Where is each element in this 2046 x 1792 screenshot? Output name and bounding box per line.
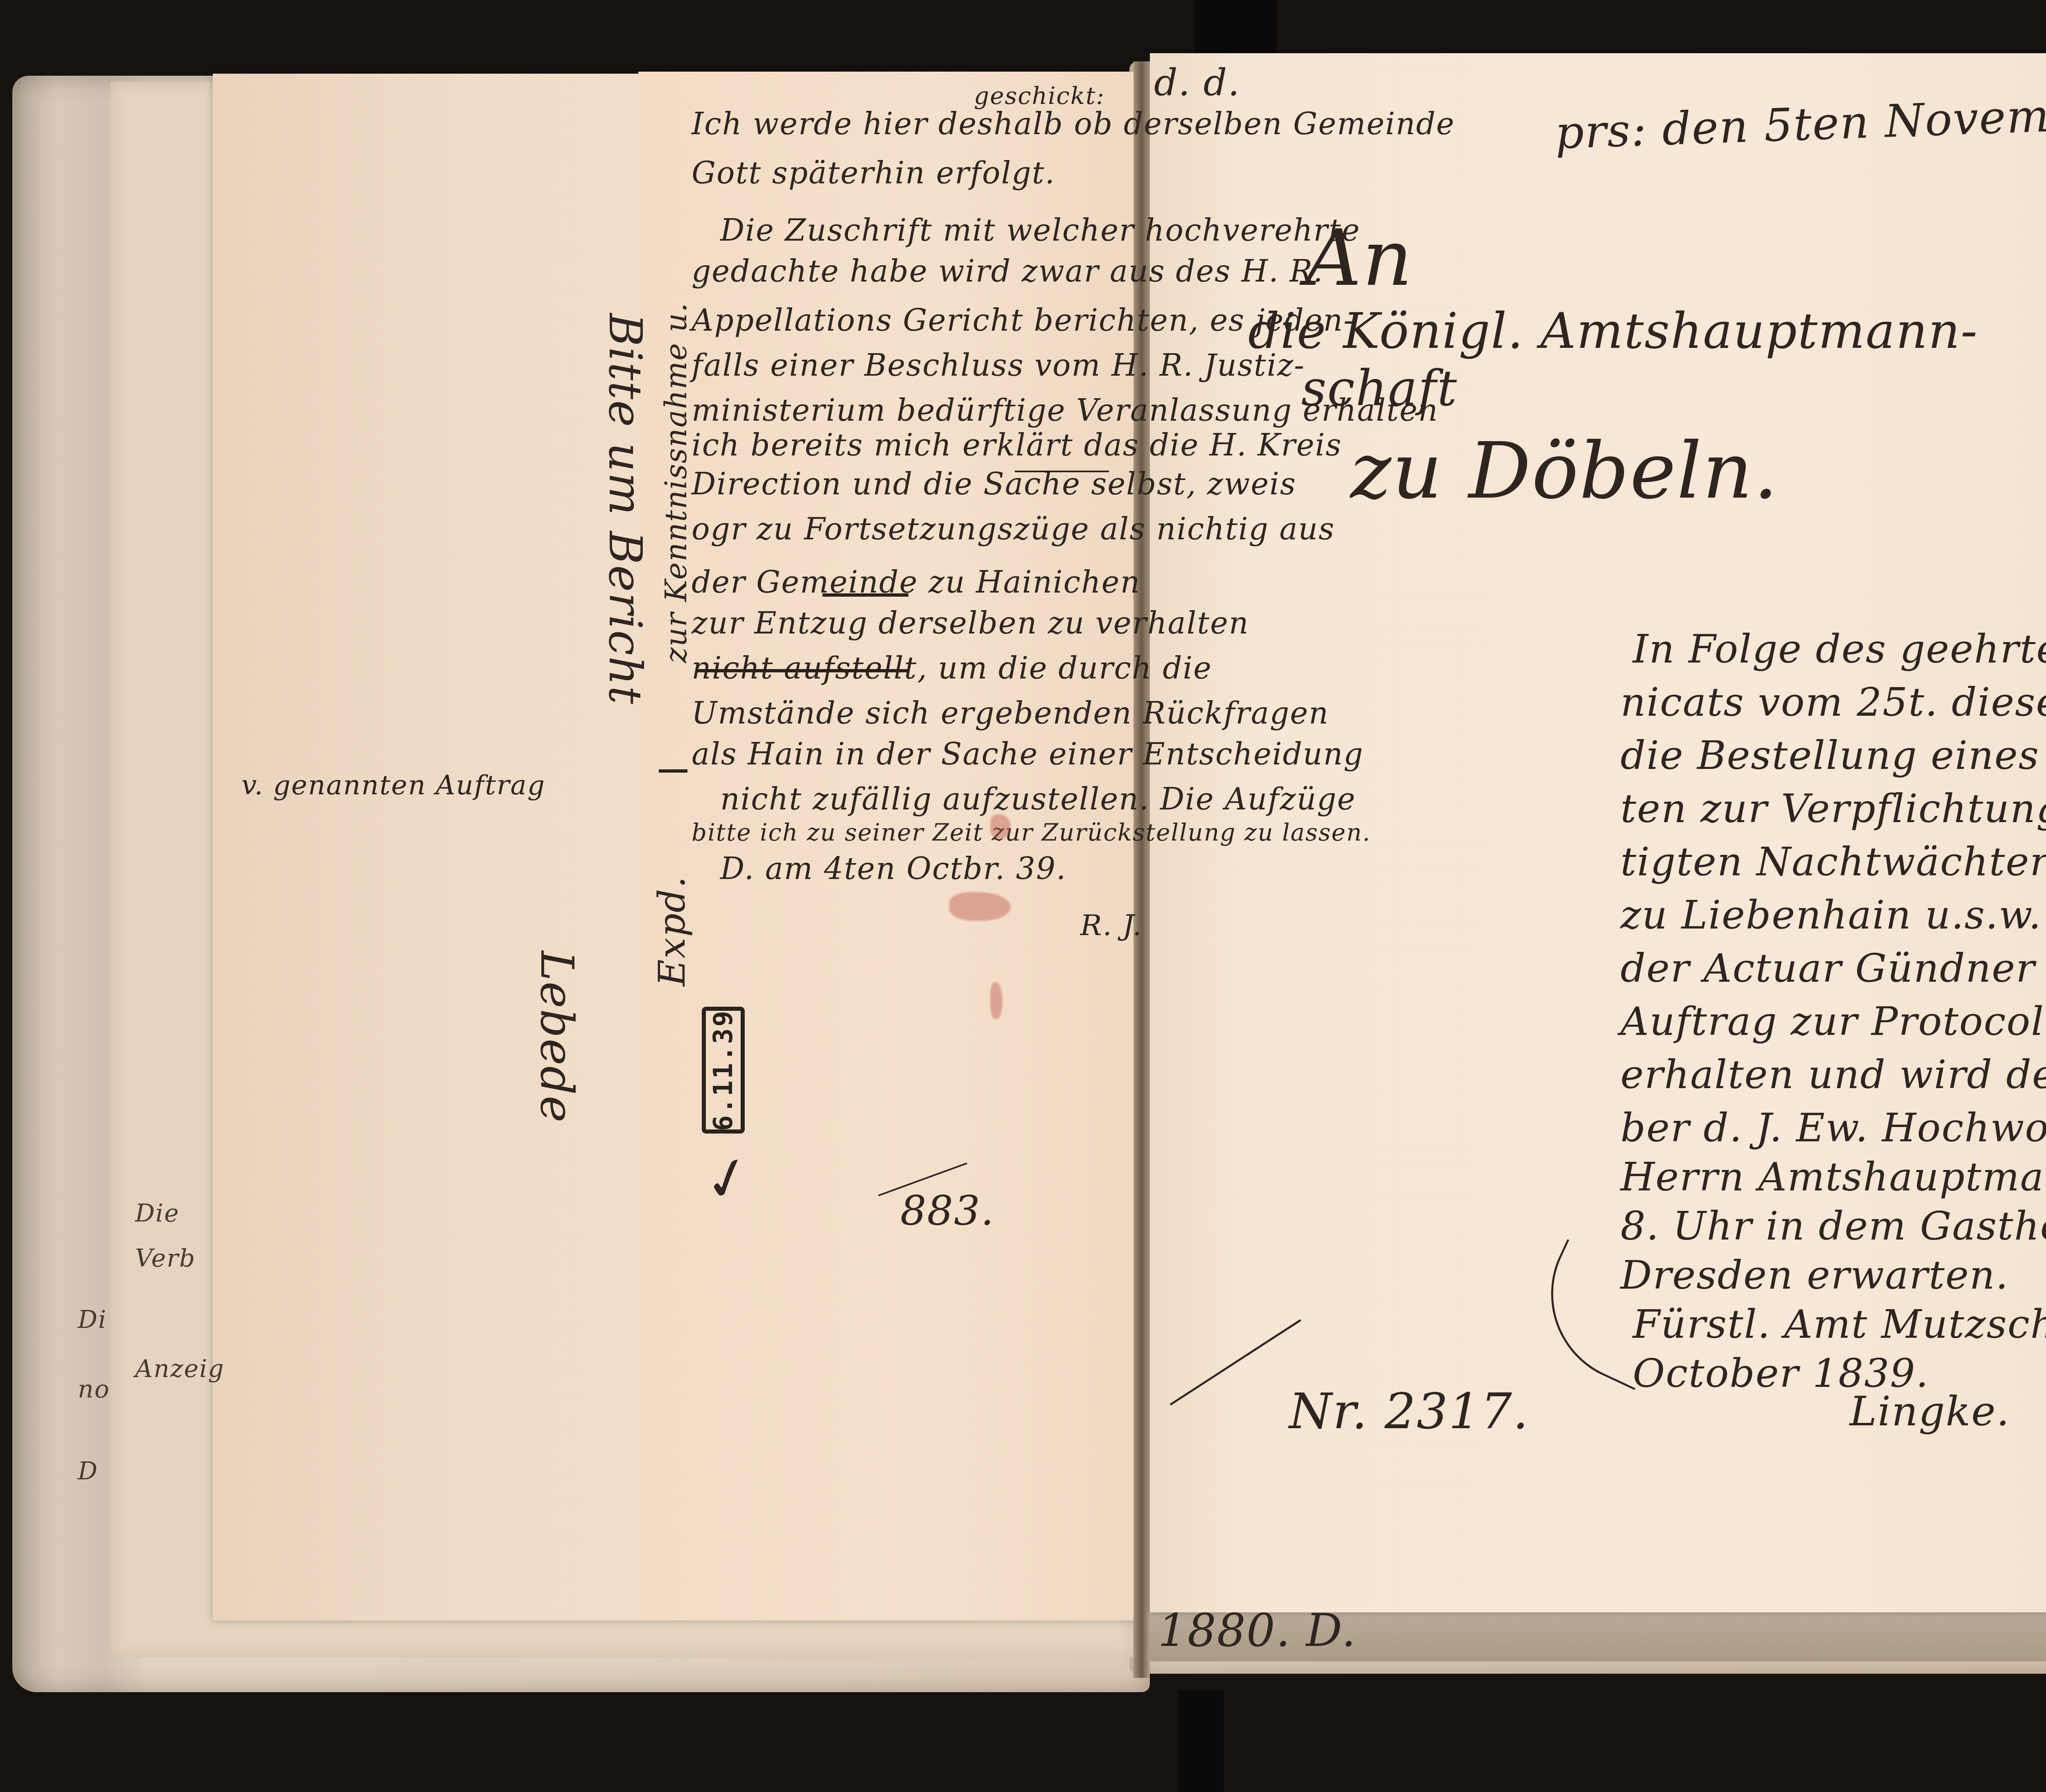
margin-note: v. genannten Auftrag [241, 769, 545, 801]
corner-mark: d. d. [1154, 61, 1240, 104]
strikethrough-mark [696, 669, 908, 672]
edge-fragment: D [78, 1457, 98, 1485]
draft-line: ich bereits mich erklärt das die H. Krei… [692, 428, 1342, 463]
address-line: die Königl. Amtshauptmann- [1248, 303, 1978, 360]
edge-fragment: Die [135, 1199, 180, 1228]
register-number: Nr. 2317. [1289, 1383, 1529, 1440]
expedition-mark: Expd. [651, 876, 694, 986]
address-line: zu Döbeln. [1350, 426, 1779, 516]
red-wax-stain [990, 982, 1003, 1019]
draft-line: ogr zu Fortsetzungszüge als nichtig aus [692, 512, 1335, 547]
draft-line: nicht zufällig aufzustellen. Die Aufzüge [720, 782, 1356, 817]
letter-line: tigten Nachtwächters Lorenz [1620, 839, 2046, 885]
insertion-above-line: geschickt: [974, 82, 1105, 110]
letter-line: ten zur Verpflichtung des bestä- [1620, 786, 2046, 832]
letter-line: 8. Uhr in dem Gasthof zur Stadt [1620, 1203, 2046, 1249]
signature: Lingke. [1850, 1387, 2010, 1435]
address-line: An [1305, 213, 1413, 303]
red-wax-stain [990, 814, 1011, 839]
signature-vertical: Lebede [531, 951, 583, 1123]
red-wax-stain [949, 892, 1011, 921]
draft-line: Umstände sich ergebenden Rückfragen [692, 696, 1329, 731]
letter-line: nicats vom 25t. dieses Monats, [1620, 679, 2046, 725]
letter-line: zu Liebenhain u.s.w. betr. hat [1620, 892, 2046, 938]
spine-gap-top [1195, 0, 1277, 53]
left-page-number: 883. [900, 1187, 995, 1235]
draft-line: der Gemeinde zu Hainichen [692, 565, 1140, 600]
draft-line: Die Zuschrift mit welcher hochverehrte [720, 213, 1361, 248]
letter-line: Herrn Amtshauptmann früh um [1620, 1154, 2046, 1200]
letter-line: erhalten und wird den 6ten Novem- [1620, 1052, 2046, 1098]
draft-line: Gott späterhin erfolgt. [692, 156, 1055, 191]
margin-note-vertical: Bitte um Bericht [599, 313, 651, 705]
letter-line: der Actuar Gündner allhier [1620, 945, 2046, 991]
letter-line: Auftrag zur Protocollführung [1620, 999, 2046, 1044]
strikethrough-mark [822, 593, 908, 597]
stamp-text: 6.11.39 [708, 1009, 739, 1131]
date-stamp: 6.11.39 [702, 1007, 745, 1134]
footer-number: 1880. D. [1158, 1604, 1356, 1657]
strikethrough-mark [1015, 471, 1109, 472]
edge-fragment: no [78, 1375, 110, 1404]
edge-fragment: Verb [135, 1244, 196, 1273]
edge-fragment: Di [78, 1305, 107, 1334]
draft-line: bitte ich zu seiner Zeit zur Zurückstell… [692, 818, 1371, 846]
letter-line: ber d. J. Ew. Hochwohlgeb., den [1620, 1105, 2046, 1151]
draft-line: als Hain in der Sache einer Entscheidung [692, 737, 1364, 772]
draft-line: D. am 4ten Octbr. 39. [720, 851, 1067, 886]
draft-line: Ich werde hier deshalb ob derselben Geme… [692, 106, 1455, 142]
spine-gap-bottom [1178, 1690, 1224, 1792]
draft-line: zur Entzug derselben zu verhalten [692, 606, 1249, 641]
draft-line: nicht aufstellt, um die durch die [692, 651, 1212, 686]
draft-line: Direction und die Sache selbst, zweis [692, 467, 1296, 502]
letter-line: In Folge des geehrten Commu- [1633, 626, 2046, 672]
margin-note-vertical-right: zur Kenntnissnahme u. [659, 302, 693, 663]
address-line: schaft [1301, 360, 1458, 417]
initials-right: R. J. [1080, 908, 1142, 942]
letter-line: die Bestellung eines Protocollan- [1620, 733, 2046, 778]
strikethrough-mark [659, 769, 687, 773]
draft-line: falls einer Beschluss vom H. R. Justiz- [692, 348, 1305, 383]
closing-line: Fürstl. Amt Mutzschen am 30ten/ [1633, 1301, 2046, 1347]
edge-fragment: Anzeig [135, 1355, 225, 1383]
draft-line: gedachte habe wird zwar aus des H. R. [692, 254, 1324, 289]
